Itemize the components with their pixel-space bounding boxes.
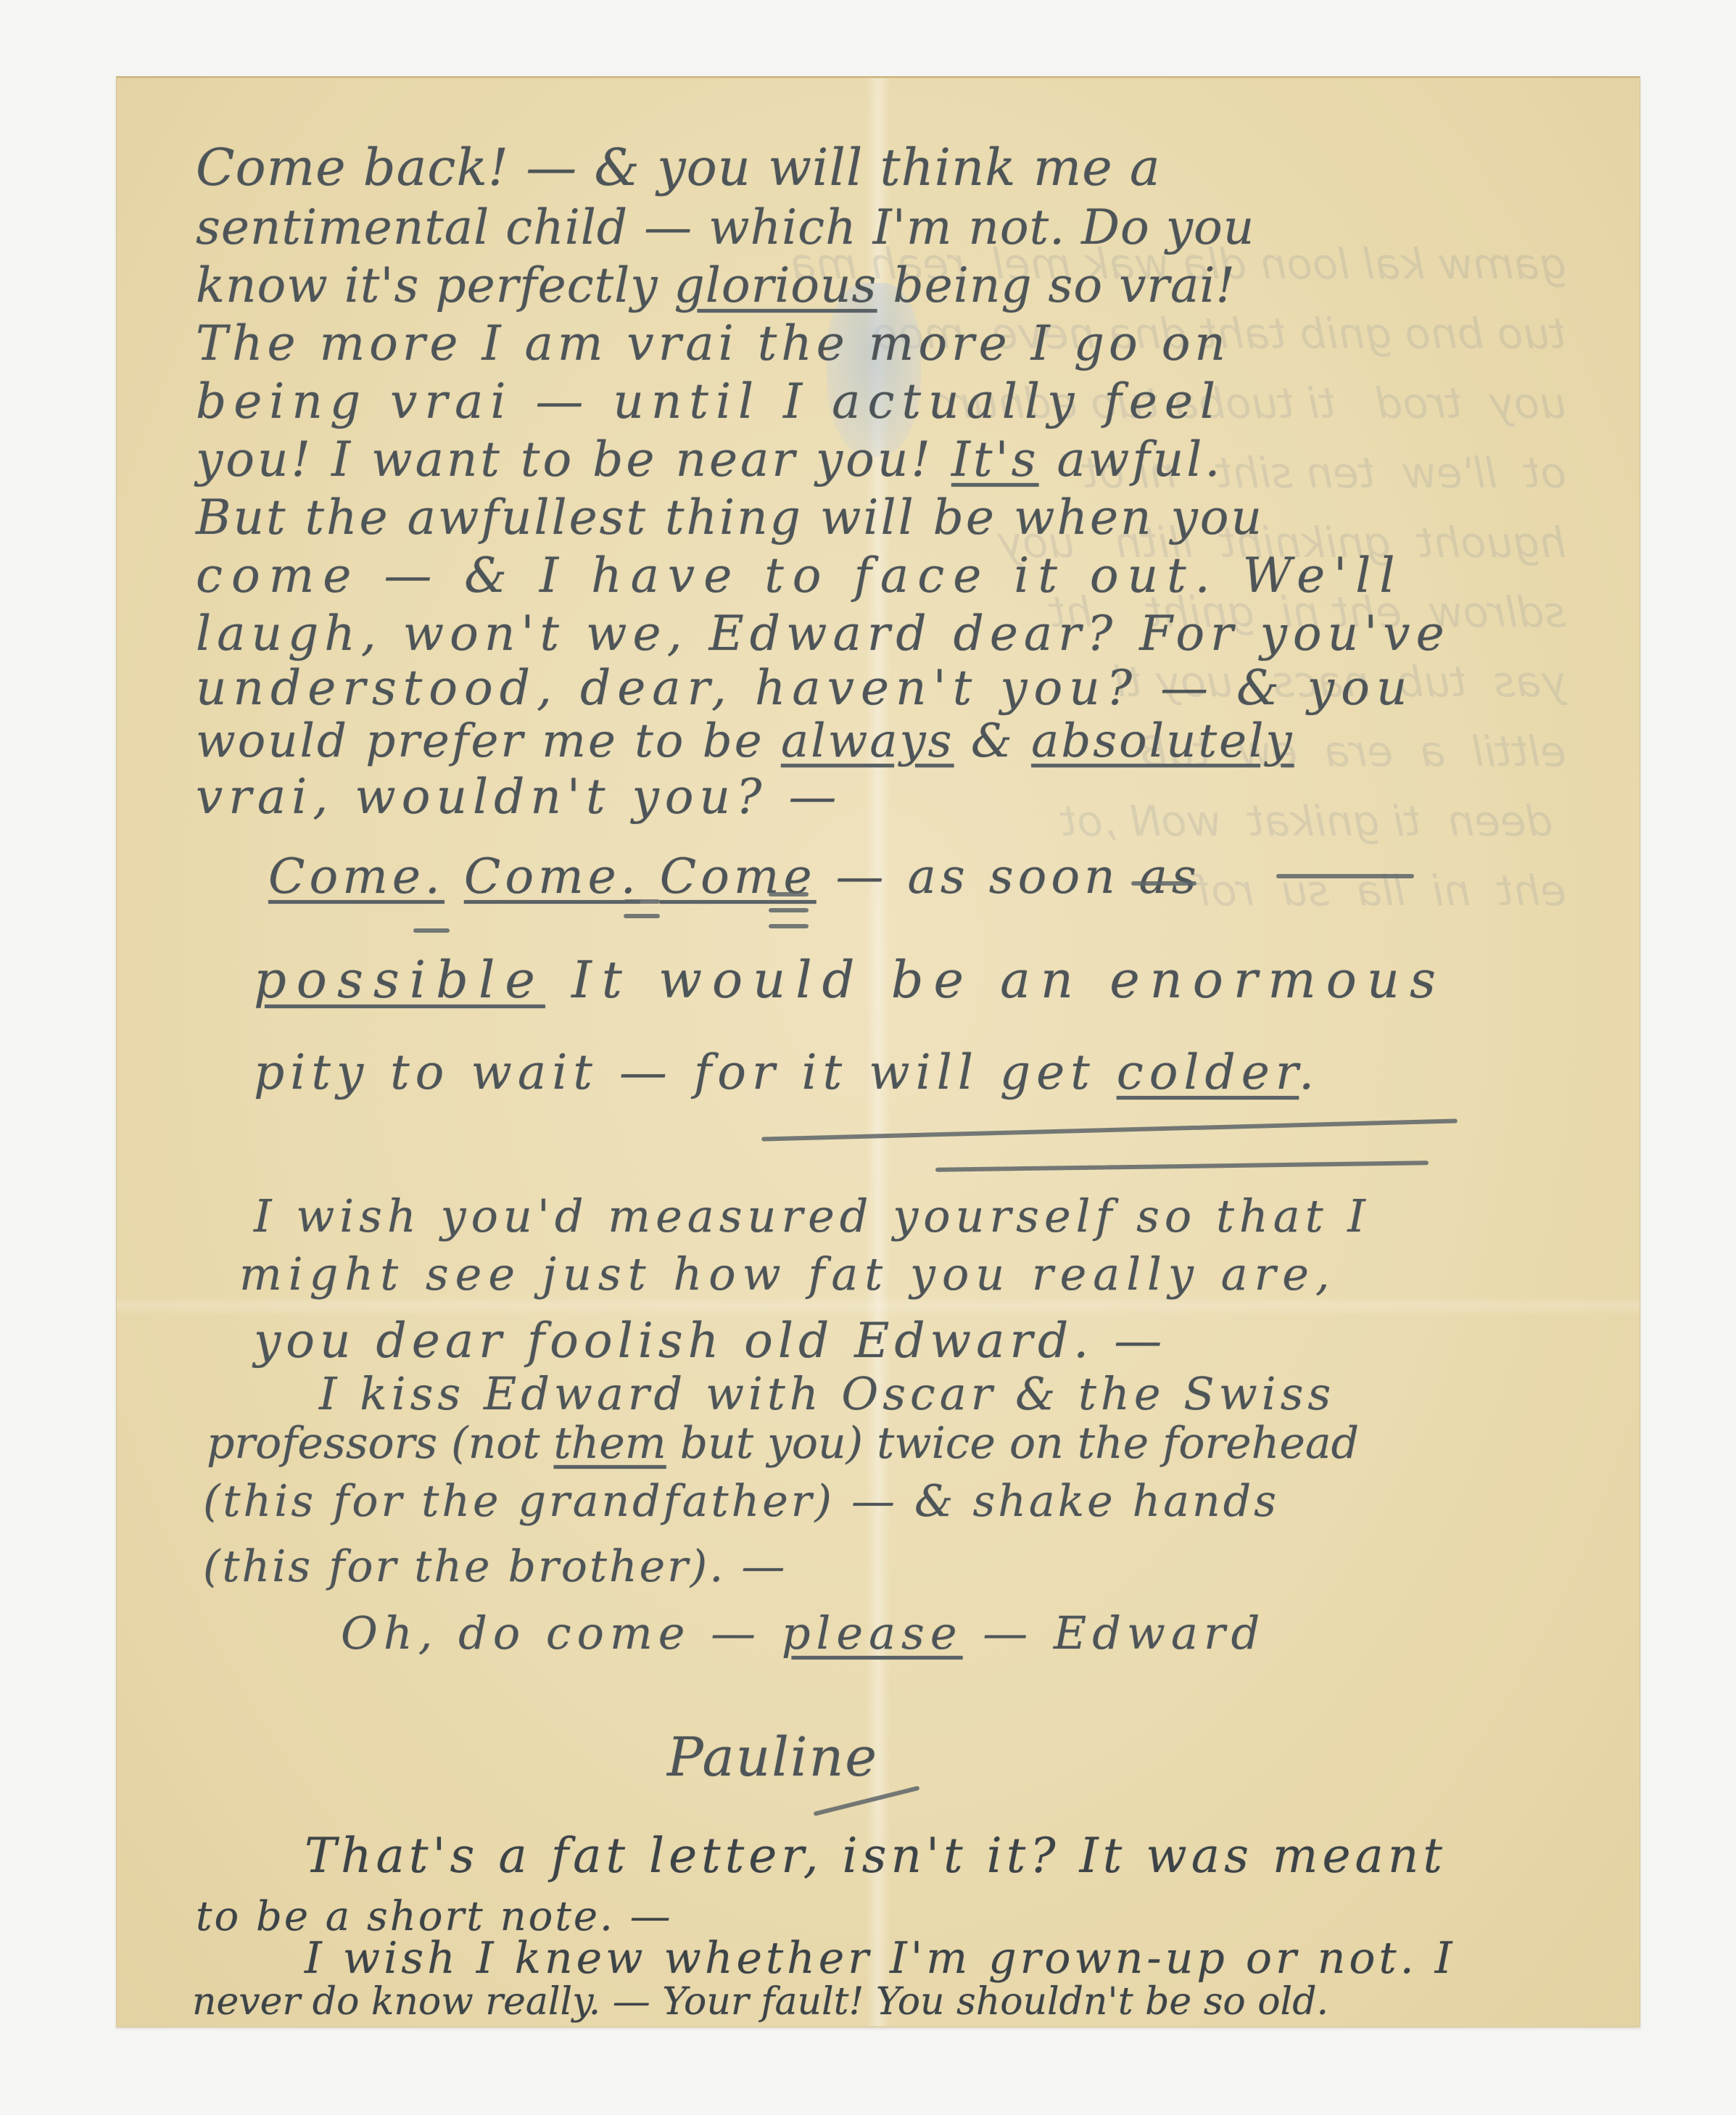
letter-line: Oh, do come — please — Edward xyxy=(341,1607,1265,1660)
line-text xyxy=(445,849,464,904)
underlined-word: possible xyxy=(254,950,545,1010)
underlined-word: Come. xyxy=(268,849,445,904)
underlined-word: always xyxy=(781,714,954,768)
letter-line: come — & I have to face it out. We'll xyxy=(196,548,1403,603)
letter-line: understood, dear, haven't you? — & you xyxy=(196,660,1413,716)
line-text: Oh, do come — xyxy=(341,1607,782,1660)
line-text: It would be an enormous xyxy=(545,950,1446,1010)
letter-line: being vrai — until I actually feel xyxy=(196,374,1223,429)
letter-line: you dear foolish old Edward. — xyxy=(254,1313,1167,1369)
line-text: professors (not xyxy=(207,1418,554,1469)
letter-line: Come back! — & you will think me a xyxy=(196,138,1161,197)
letter-line: But the awfullest thing will be when you xyxy=(196,490,1264,545)
emphasis-stroke xyxy=(624,914,660,918)
signature: Pauline xyxy=(667,1726,878,1789)
line-text: you! I want to be near you! xyxy=(196,432,951,487)
emphasis-stroke xyxy=(624,899,660,904)
letter-line: might see just how fat you really are, xyxy=(239,1248,1336,1300)
line-text: would prefer me to be xyxy=(196,714,781,768)
letter-line: know it's perfectly glorious being so vr… xyxy=(196,257,1236,313)
line-text: pity to wait — for it will get xyxy=(254,1044,1117,1100)
letter-line: pity to wait — for it will get colder. xyxy=(254,1044,1320,1100)
letter-line: (this for the brother). — xyxy=(203,1541,787,1592)
line-text: & xyxy=(954,714,1032,768)
letter-line: Come. Come. Come — as soon as xyxy=(268,849,1201,904)
emphasis-stroke xyxy=(1276,874,1414,878)
underlined-word: please xyxy=(782,1607,963,1660)
underlined-word: colder xyxy=(1117,1044,1299,1100)
underlined-word: It's xyxy=(951,432,1039,487)
emphasis-stroke xyxy=(769,924,809,928)
letter-line: possible It would be an enormous xyxy=(254,950,1446,1010)
underlined-word: absolutely xyxy=(1031,714,1294,768)
letter-line: The more I am vrai the more I go on xyxy=(196,316,1230,371)
underlined-word: glorious xyxy=(674,257,877,313)
postscript-line: never do know really. — Your fault! You … xyxy=(192,1980,1328,2024)
line-text: being so vrai! xyxy=(877,257,1236,313)
line-text: know it's perfectly xyxy=(196,257,674,313)
line-text: — Edward xyxy=(963,1607,1266,1660)
letter-line: laugh, won't we, Edward dear? For you've xyxy=(196,606,1450,661)
emphasis-stroke xyxy=(769,892,809,896)
line-text: — as soon as xyxy=(817,849,1201,904)
letter-line: you! I want to be near you! It's awful. xyxy=(196,432,1223,487)
letter-line: professors (not them but you) twice on t… xyxy=(207,1418,1359,1469)
line-text: . xyxy=(1299,1044,1320,1100)
line-text: but you) twice on the forehead xyxy=(666,1418,1359,1469)
emphasis-stroke xyxy=(413,928,450,933)
emphasis-stroke xyxy=(1131,881,1196,886)
postscript-line: I wish I knew whether I'm grown-up or no… xyxy=(305,1933,1455,1984)
letter-line: vrai, wouldn't you? — xyxy=(196,769,842,825)
line-text xyxy=(640,849,660,904)
emphasis-stroke xyxy=(769,908,809,912)
line-text: awful. xyxy=(1039,432,1223,487)
letter-line: I wish you'd measured yourself so that I xyxy=(254,1190,1371,1242)
letter-line: would prefer me to be always & absolutel… xyxy=(196,714,1294,768)
letter-line: I kiss Edward with Oscar & the Swiss xyxy=(319,1367,1335,1420)
underlined-word: Come. xyxy=(464,849,640,904)
underlined-word: them xyxy=(554,1418,666,1469)
letter-line: sentimental child — which I'm not. Do yo… xyxy=(196,199,1255,255)
postscript-line: That's a fat letter, isn't it? It was me… xyxy=(305,1828,1447,1884)
letter-line: (this for the grandfather) — & shake han… xyxy=(203,1476,1279,1527)
